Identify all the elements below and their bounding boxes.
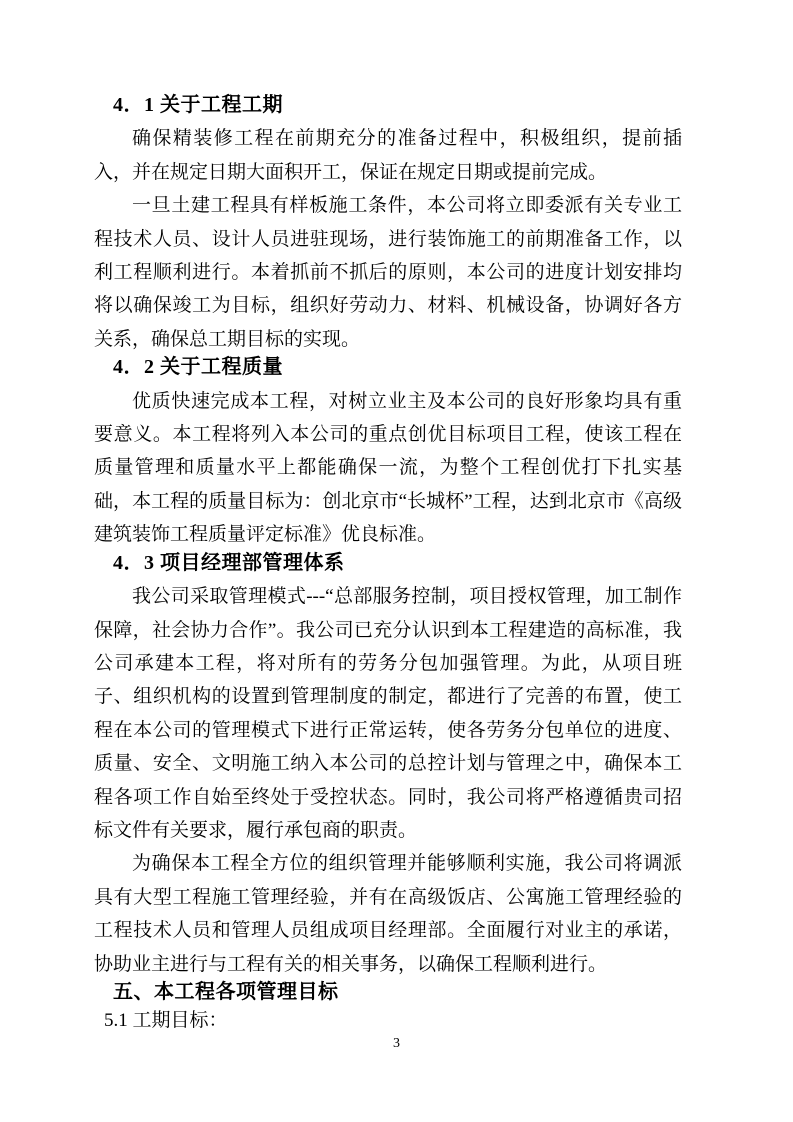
section-heading-4-3-management-system: 4．3 项目经理部管理体系 <box>94 547 682 580</box>
page-number: 3 <box>0 1034 793 1054</box>
paragraph-duration-2: 一旦土建工程具有样板施工条件，本公司将立即委派有关专业工程技术人员、设计人员进驻… <box>94 189 682 356</box>
paragraph-quality-1: 优质快速完成本工程，对树立业主及本公司的良好形象均具有重要意义。本工程将列入本公… <box>94 385 682 552</box>
sub-heading-5-1-duration-goal: 5.1 工期目标： <box>94 1004 682 1037</box>
paragraph-management-2: 为确保本工程全方位的组织管理并能够顺利实施，我公司将调派具有大型工程施工管理经验… <box>94 847 682 981</box>
paragraph-management-1: 我公司采取管理模式---“总部服务控制，项目授权管理，加工制作保障，社会协力合作… <box>94 580 682 847</box>
paragraph-duration-1: 确保精装修工程在前期充分的准备过程中，积极组织，提前插入，并在规定日期大面积开工… <box>94 122 682 189</box>
document-page: 4．1 关于工程工期 确保精装修工程在前期充分的准备过程中，积极组织，提前插入，… <box>0 0 793 1122</box>
section-heading-4-2-quality: 4．2 关于工程质量 <box>94 351 682 384</box>
document-content: 4．1 关于工程工期 确保精装修工程在前期充分的准备过程中，积极组织，提前插入，… <box>94 89 682 1038</box>
section-heading-4-1-duration: 4．1 关于工程工期 <box>94 89 682 122</box>
